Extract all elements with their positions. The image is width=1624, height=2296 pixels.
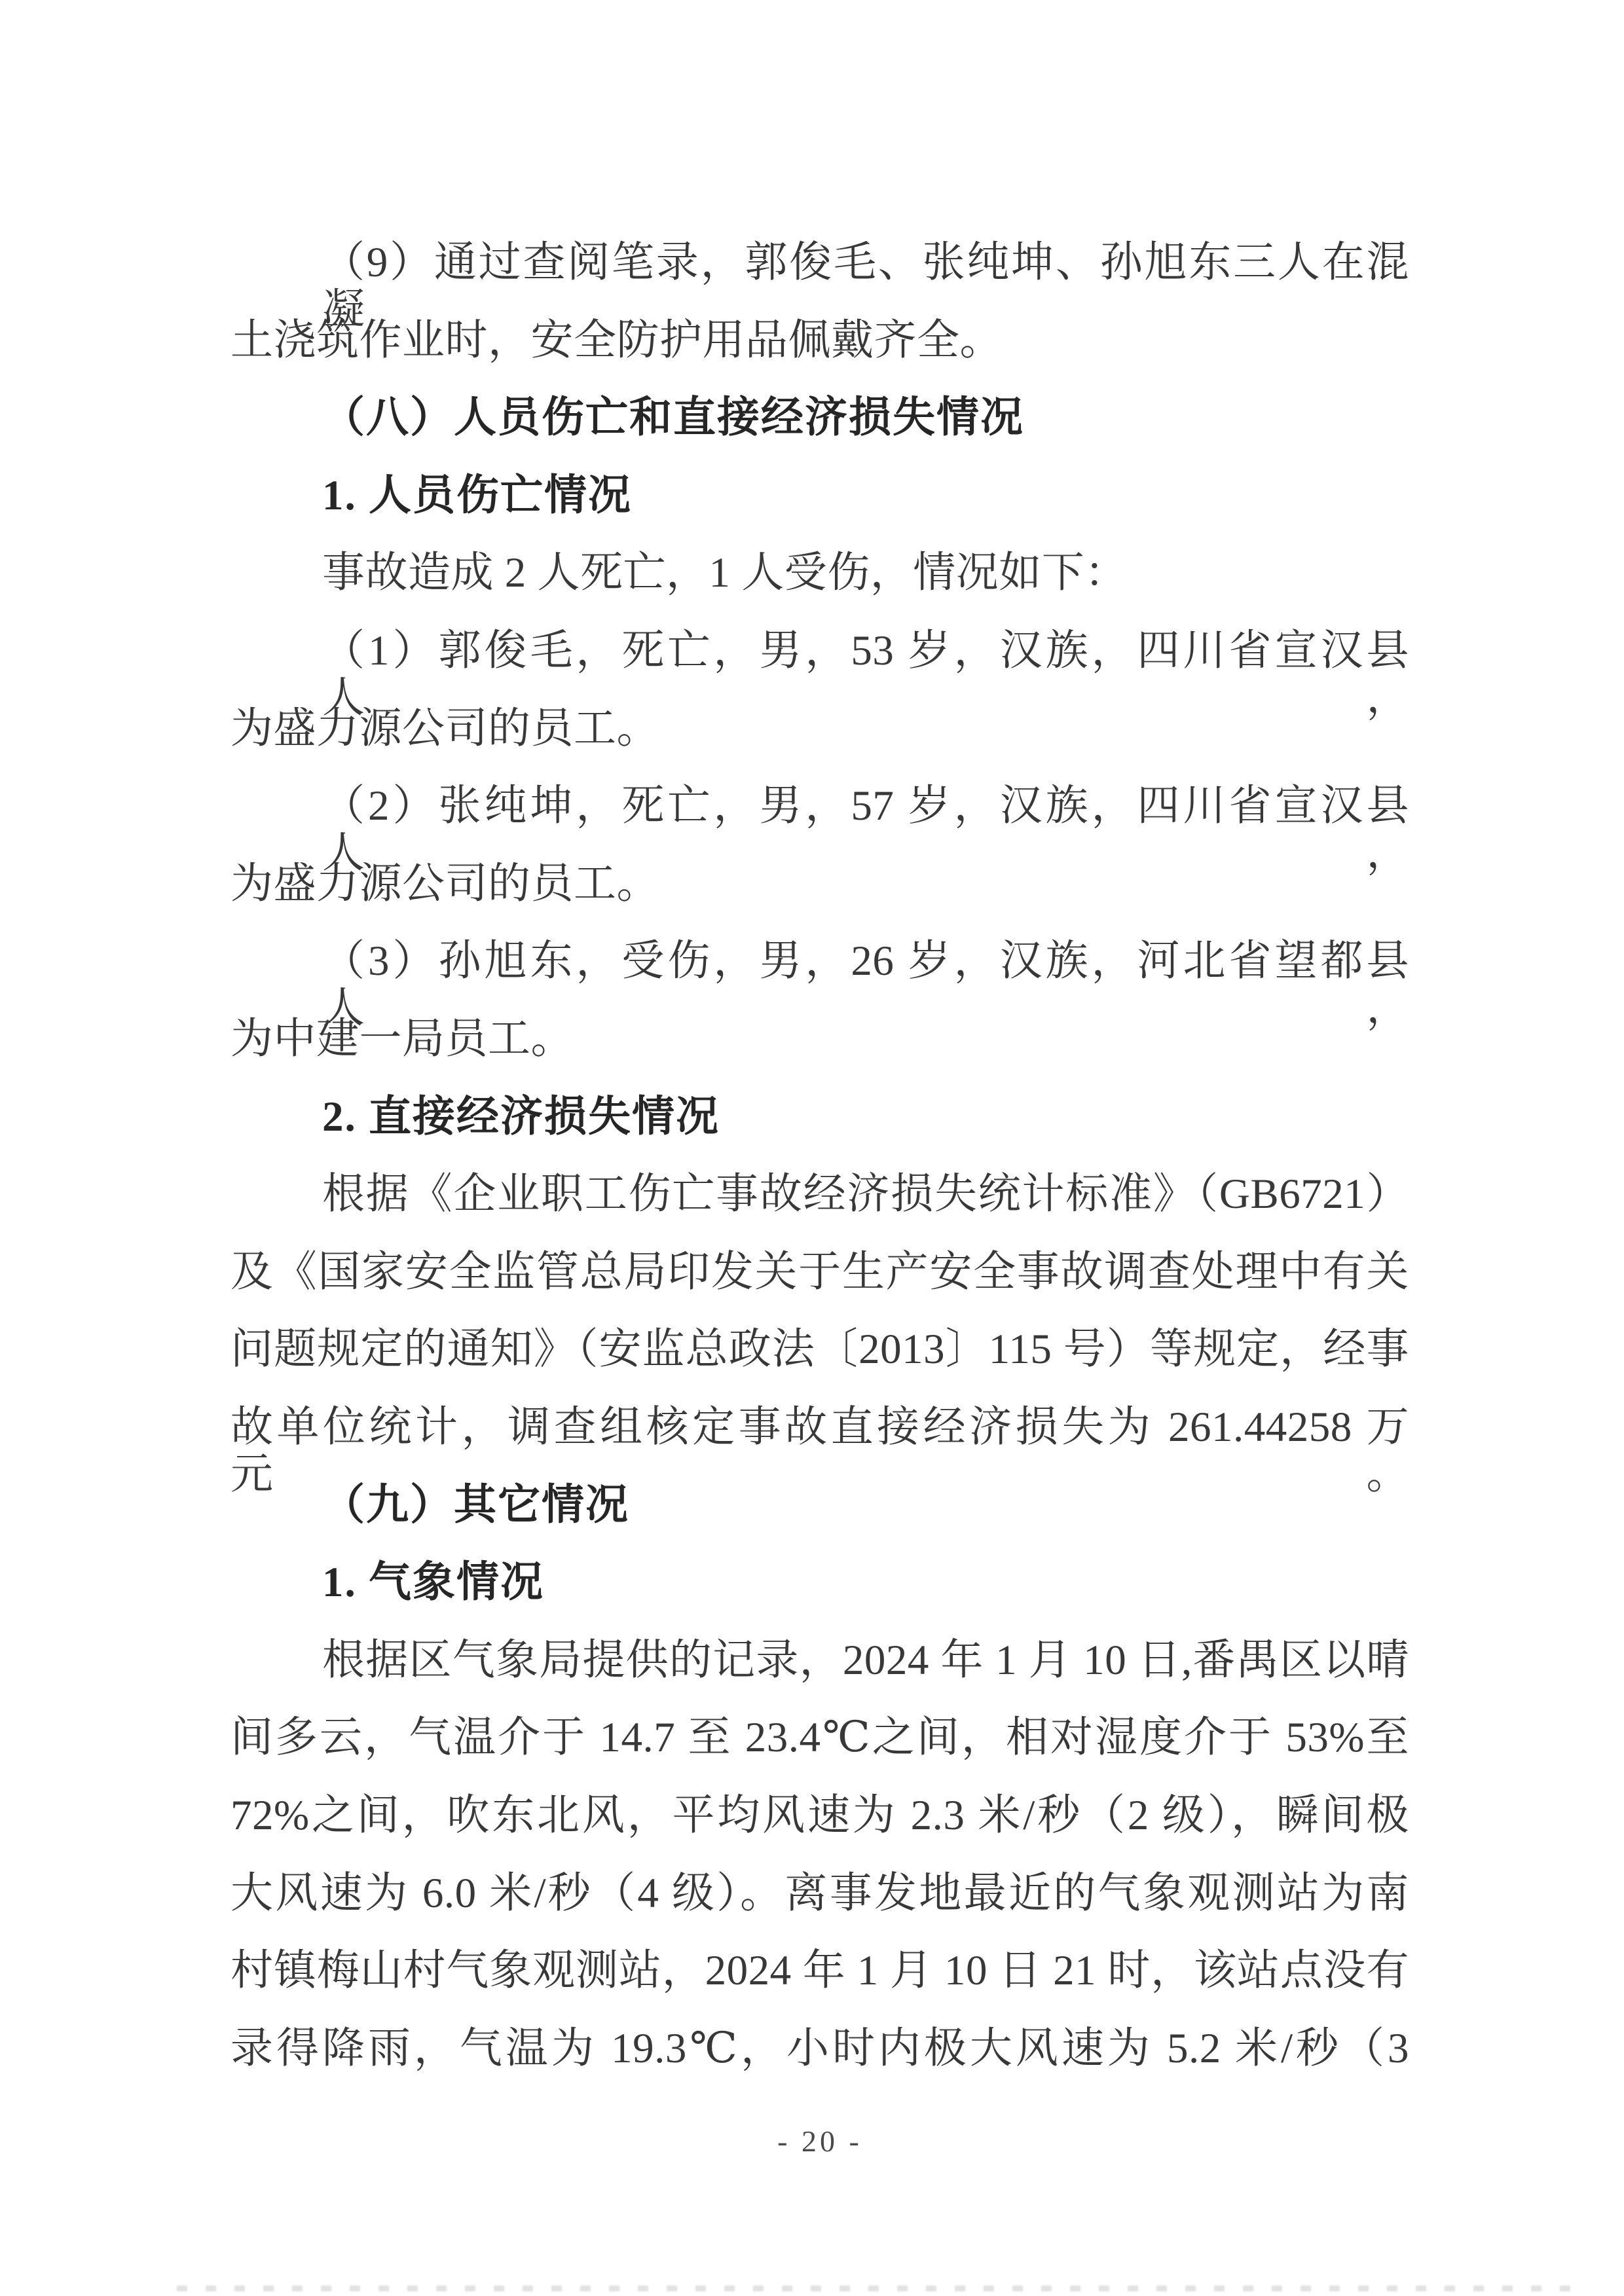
body-line: 72%之间，吹东北风，平均风速为 2.3 米/秒（2 级），瞬间极 <box>231 1792 1409 1839</box>
body-line: 问题规定的通知》（安监总政法〔2013〕115 号）等规定，经事 <box>231 1326 1409 1373</box>
section-heading-8-casualties-and-losses: （八）人员伤亡和直接经济损失情况 <box>231 394 1409 441</box>
subsection-heading-1-casualties: 1. 人员伤亡情况 <box>231 472 1409 519</box>
body-line: 录得降雨，气温为 19.3℃，小时内极大风速为 5.2 米/秒（3 <box>231 2025 1409 2072</box>
document-page: （9）通过查阅笔录，郭俊毛、张纯坤、孙旭东三人在混凝 土浇筑作业时，安全防护用品… <box>0 0 1624 2296</box>
body-line: 为中建一局员工。 <box>231 1015 1409 1063</box>
body-line: 土浇筑作业时，安全防护用品佩戴齐全。 <box>231 317 1409 364</box>
section-heading-9-other-situations: （九）其它情况 <box>231 1482 1409 1529</box>
body-line: 大风速为 6.0 米/秒（4 级）。离事发地最近的气象观测站为南 <box>231 1870 1409 1917</box>
subsection-heading-2-economic-loss: 2. 直接经济损失情况 <box>231 1093 1409 1140</box>
body-line: 及《国家安全监管总局印发关于生产安全事故调查处理中有关 <box>231 1248 1409 1296</box>
body-line: 根据区气象局提供的记录，2024 年 1 月 10 日,番禺区以晴 <box>231 1637 1409 1684</box>
subsection-heading-1-weather: 1. 气象情况 <box>231 1559 1409 1606</box>
body-line: 根据《企业职工伤亡事故经济损失统计标准》（GB6721） <box>231 1171 1409 1218</box>
page-number: - 20 - <box>231 2124 1409 2159</box>
body-line: 为盛力源公司的员工。 <box>231 860 1409 907</box>
body-line: 事故造成 2 人死亡，1 人受伤，情况如下： <box>231 549 1409 596</box>
scan-edge-artifact <box>177 2286 1572 2291</box>
body-line: 间多云，气温介于 14.7 至 23.4℃之间，相对湿度介于 53%至 <box>231 1714 1409 1761</box>
body-line: 为盛力源公司的员工。 <box>231 705 1409 752</box>
body-line: 村镇梅山村气象观测站，2024 年 1 月 10 日 21 时，该站点没有 <box>231 1947 1409 1994</box>
